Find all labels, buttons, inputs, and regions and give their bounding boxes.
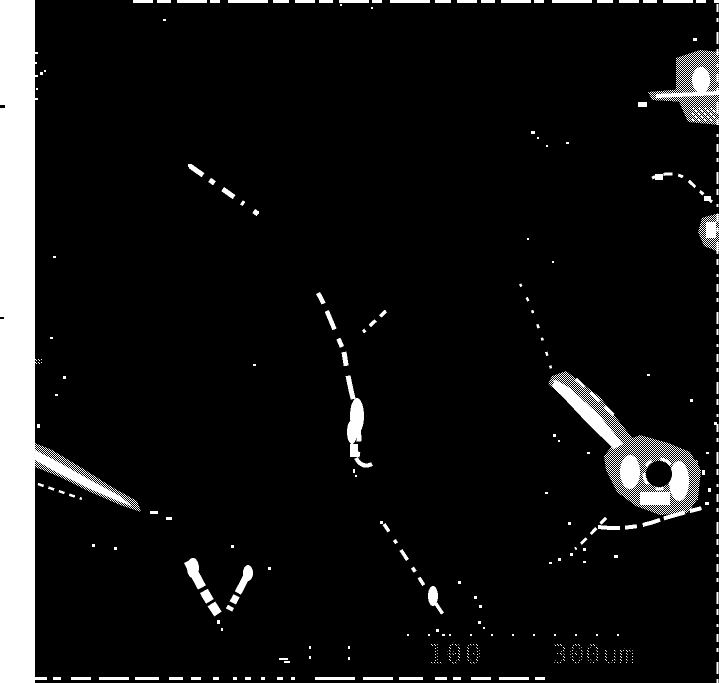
- speck: [474, 596, 477, 599]
- page-background: 100 300um: [0, 0, 719, 683]
- speck: [714, 422, 717, 425]
- node-fringe: [694, 460, 698, 500]
- speck: [340, 4, 342, 6]
- speck: [583, 548, 586, 551]
- speck: [570, 553, 573, 556]
- speck: [44, 70, 46, 72]
- speck: [693, 38, 697, 41]
- speck: [217, 620, 220, 624]
- speck: [221, 628, 223, 631]
- trunk-blob: [347, 420, 357, 444]
- sem-micrograph: 100 300um: [0, 0, 719, 683]
- tick: [0, 317, 4, 319]
- speck: [587, 452, 590, 454]
- speck: [531, 131, 535, 134]
- speck: [268, 567, 271, 570]
- speck: [614, 555, 618, 558]
- speck: [558, 440, 560, 442]
- speck: [708, 488, 711, 492]
- speck: [558, 558, 561, 561]
- speck: [583, 561, 586, 563]
- trunk-blob: [350, 444, 358, 457]
- speck: [355, 475, 357, 477]
- speck: [690, 399, 693, 402]
- speck: [55, 394, 58, 396]
- speck: [549, 562, 552, 564]
- footer-mark: [309, 656, 311, 659]
- dash: [655, 174, 663, 180]
- speck: [552, 261, 554, 263]
- speck: [50, 337, 53, 339]
- speck: [478, 621, 481, 624]
- speck: [705, 502, 709, 505]
- footer-mark: [348, 657, 350, 660]
- node-core: [640, 492, 670, 505]
- v-left-blob: [187, 558, 199, 578]
- speck: [35, 98, 38, 100]
- ridge-blob: [428, 586, 438, 606]
- speck: [647, 374, 650, 376]
- speck: [545, 492, 548, 494]
- footer-mark: [279, 658, 288, 660]
- speck: [380, 521, 383, 524]
- tick: [0, 105, 5, 108]
- speck: [35, 358, 42, 365]
- photo-field: [35, 0, 719, 683]
- speck: [63, 376, 66, 379]
- speck: [163, 19, 166, 21]
- speck: [256, 211, 259, 214]
- speck: [114, 547, 117, 550]
- speck: [442, 634, 445, 636]
- speck: [353, 469, 355, 473]
- dash: [166, 517, 172, 520]
- speck: [231, 545, 234, 548]
- speck: [253, 364, 256, 366]
- speck: [92, 544, 95, 547]
- speck: [188, 164, 192, 167]
- speck: [40, 72, 43, 75]
- node-dark-hole: [646, 461, 672, 487]
- speck: [527, 238, 529, 240]
- speck: [546, 145, 548, 147]
- right-edge-core: [706, 222, 716, 238]
- dash: [638, 102, 647, 107]
- speck: [706, 452, 709, 454]
- speck: [35, 52, 38, 54]
- speck: [37, 424, 40, 428]
- speck: [479, 605, 482, 608]
- bright-fringe: [692, 108, 716, 121]
- footer-scale-label: 300um: [552, 640, 635, 670]
- dash: [704, 196, 711, 201]
- footer-magnification: 100: [427, 637, 484, 670]
- footer-mark: [284, 661, 290, 663]
- node-core: [620, 455, 640, 489]
- speck: [483, 627, 485, 629]
- speck: [36, 88, 38, 90]
- speck: [702, 470, 705, 475]
- margin-ticks: [0, 105, 5, 319]
- v-right-blob: [243, 565, 253, 581]
- footer-mark: [348, 646, 350, 649]
- speck: [53, 256, 56, 258]
- speck: [566, 142, 569, 144]
- dash: [150, 511, 158, 514]
- speck: [371, 7, 373, 9]
- speck: [553, 434, 556, 437]
- speck: [35, 75, 38, 77]
- speck: [436, 629, 439, 632]
- speck: [458, 581, 461, 584]
- speck: [568, 522, 571, 525]
- speck: [35, 62, 37, 64]
- footer-mark: [309, 646, 311, 649]
- speck: [537, 137, 539, 139]
